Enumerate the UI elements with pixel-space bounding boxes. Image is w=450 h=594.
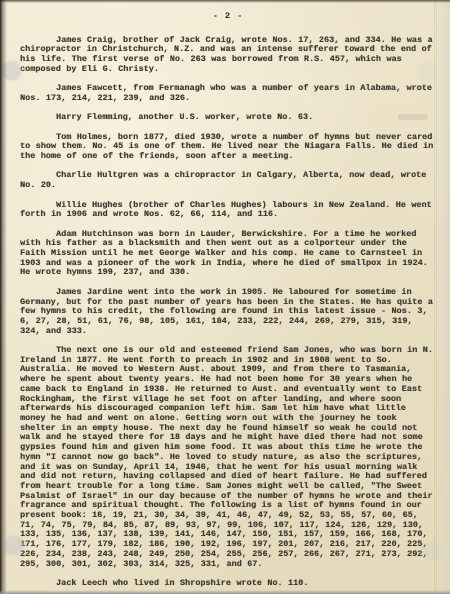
scan-edge-right [436,0,450,594]
paragraph-sam-jones: The next one is our old and esteemed fri… [20,346,436,569]
paragraph-james-craig: James Craig, brother of Jack Craig, wrot… [20,36,436,75]
paragraph-adam-hutchinson: Adam Hutchinson was born in Lauder, Berw… [20,230,436,279]
page-number: - 2 - [20,12,436,22]
scanned-document-page: - 2 - James Craig, brother of Jack Craig… [0,0,450,594]
scan-edge-bottom [0,590,450,594]
paper-crease [434,0,435,594]
scan-edge-top [0,0,450,3]
scan-smudge [398,114,428,120]
paragraph-harry-flemming: Harry Flemming, another U.S. worker, wro… [20,113,436,123]
scan-edge-left [0,0,7,594]
paragraph-james-fawcett: James Fawcett, from Fermanagh who was a … [20,84,436,103]
paragraph-charlie-hultgren: Charlie Hultgren was a chiropractor in C… [20,171,436,190]
paragraph-james-jardine: James Jardine went into the work in 1905… [20,288,436,337]
paragraph-willie-hughes: Willie Hughes (brother of Charles Hughes… [20,201,436,220]
document-content: - 2 - James Craig, brother of Jack Craig… [20,10,436,594]
paragraph-jack-leech: Jack Leech who lived in Shropshire wrote… [20,579,436,589]
paragraph-tom-holmes: Tom Holmes, born 1877, died 1930, wrote … [20,133,436,162]
